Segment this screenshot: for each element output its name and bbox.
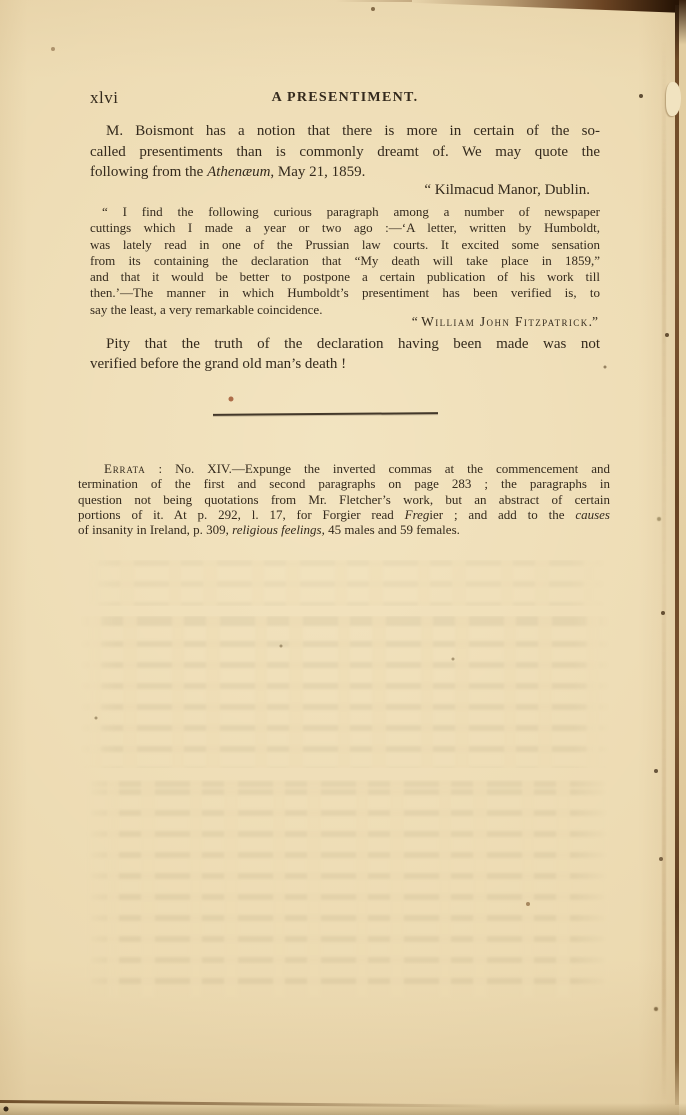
text-line: “ I find the following curious paragraph…	[90, 204, 600, 220]
separator-rule	[213, 412, 438, 416]
text-line: Errata : No. XIV.—Expunge the inverted c…	[78, 461, 610, 476]
opening-paragraph: M. Boismont has a notion that there is m…	[90, 121, 600, 183]
text-line: M. Boismont has a notion that there is m…	[90, 121, 600, 142]
text-line: verified before the grand old man’s deat…	[90, 354, 600, 374]
book-page-scan: xlvi A PRESENTIMENT. M. Boismont has a n…	[0, 0, 686, 1115]
page-edge-top	[408, 0, 686, 13]
errata-paragraph: Errata : No. XIV.—Expunge the inverted c…	[78, 461, 610, 537]
paper-specks	[0, 0, 2, 2]
text-line: from its containing the declaration that…	[90, 253, 600, 269]
letter-dateline: “ Kilmacud Manor, Dublin.	[90, 180, 590, 200]
text-line: of insanity in Ireland, p. 309, religiou…	[78, 522, 610, 537]
running-title: A PRESENTIMENT.	[90, 90, 600, 106]
page-edge-top-thin	[336, 0, 412, 2]
showthrough-text-band-lower	[84, 780, 610, 998]
text-line: “ William John Fitzpatrick.”	[90, 314, 598, 330]
binding-crease	[662, 40, 666, 1100]
text-line: Pity that the truth of the declaration h…	[90, 334, 600, 354]
text-line: then.’—The manner in which Humboldt’s pr…	[90, 285, 600, 301]
letter-signature: “ William John Fitzpatrick.”	[90, 314, 598, 330]
showthrough-text-band-upper	[86, 560, 606, 606]
text-line: was lately read in one of the Prussian l…	[90, 237, 600, 253]
page-edge-bottom-shade	[0, 1103, 686, 1115]
text-line: and that it would be better to postpone …	[90, 269, 600, 285]
text-line: question not being quotations from Mr. F…	[78, 492, 610, 507]
text-line: termination of the first and second para…	[78, 476, 610, 491]
page-edge-right-strip	[679, 0, 686, 1115]
page-edge-right-line	[675, 5, 679, 1105]
showthrough-text-band-middle	[80, 616, 610, 768]
closing-paragraph: Pity that the truth of the declaration h…	[90, 334, 600, 374]
text-line: called presentiments than is commonly dr…	[90, 142, 600, 163]
text-line: cuttings which I made a year or two ago …	[90, 220, 600, 236]
text-line: portions of it. At p. 292, l. 17, for Fo…	[78, 507, 610, 522]
quoted-letter: “ I find the following curious paragraph…	[90, 204, 600, 318]
